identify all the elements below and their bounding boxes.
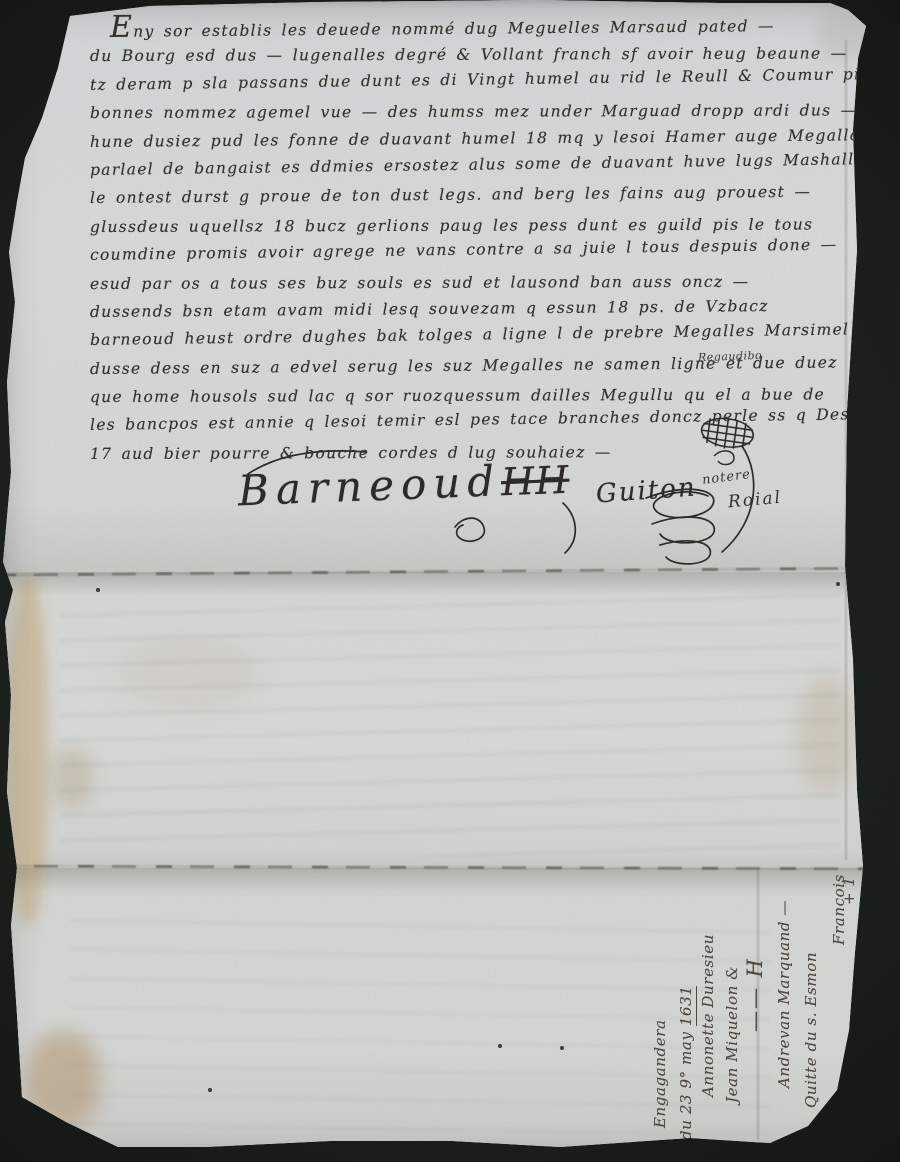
manuscript-text-block: Eny sor establis les deuede nommé dug Me… bbox=[90, 14, 848, 468]
docket-date-text: du 23 9° may bbox=[677, 1026, 695, 1140]
scan-background: Eny sor establis les deuede nommé dug Me… bbox=[0, 0, 900, 1162]
manuscript-line: le ontest durst g proue de ton dust legs… bbox=[90, 178, 848, 213]
docket-line: Quitte du s. Esmon bbox=[802, 896, 820, 1108]
interlinear-insertion: Regaudibo bbox=[698, 349, 763, 364]
docket-line: Annonette Duresieu bbox=[699, 902, 717, 1097]
ink-speck bbox=[498, 1044, 502, 1048]
signature-name: Barneoud bbox=[237, 456, 502, 515]
manuscript-page: Eny sor establis les deuede nommé dug Me… bbox=[0, 0, 900, 1162]
docket-date-line: du 23 9° may 1631 bbox=[677, 918, 695, 1140]
ink-speck bbox=[836, 582, 840, 586]
docket-line: Jean Miquelon & bbox=[723, 898, 741, 1103]
notary-hatch-icon bbox=[694, 416, 764, 468]
docket-line: Andrevan Marquand — bbox=[775, 888, 793, 1088]
ink-speck bbox=[560, 1046, 564, 1050]
signature-paraph: HH bbox=[500, 458, 570, 505]
ink-speck bbox=[208, 1088, 212, 1092]
docket-line: Francois bbox=[830, 867, 848, 945]
docket-year: 1631 bbox=[677, 986, 697, 1027]
docket-paraph: —— H bbox=[746, 940, 764, 1032]
ink-speck bbox=[96, 588, 100, 592]
manuscript-line: Eny sor establis les deuede nommé dug Me… bbox=[90, 7, 848, 42]
docket-line: Engagandera bbox=[651, 948, 669, 1128]
page-panel-middle bbox=[0, 572, 900, 868]
